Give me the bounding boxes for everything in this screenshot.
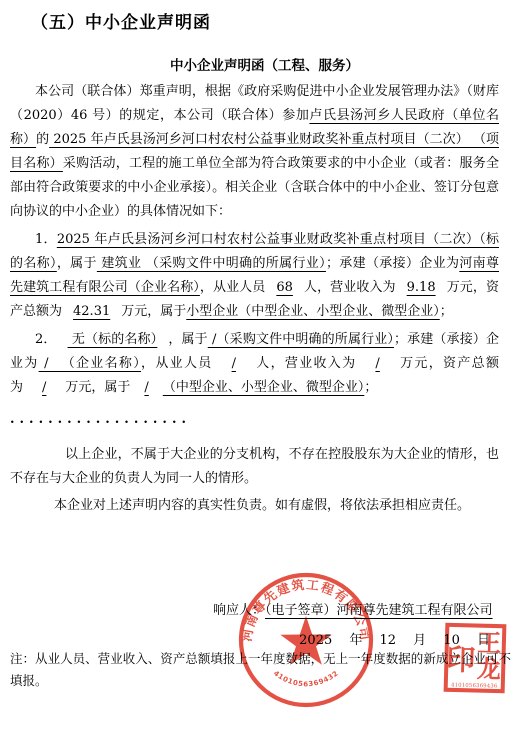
item1-revenue-value: 9.18 [396,280,447,295]
personal-seal-stamp: 王 龙 印 4101056369436 [443,622,507,694]
doc-title: 中小企业声明函（工程、服务） [0,54,529,74]
item2-type-value: / [130,380,162,395]
item2-text-4: 人，营业收入为 [255,356,356,371]
item2-assets-value: / [23,380,65,395]
item2-staff-value: / [213,356,255,371]
item1-enterprise-type: 小型企业（中型企业、小型企业、微型企业） [186,304,440,319]
intro-text-post: 采购活动，工程的施工单位全部为符合政策要求的中小企业（或者：服务全部由符合政策要… [10,156,499,219]
item-2: 2． 无（标的名称），属于 /（采购文件中明确的所属行业）；承建（承接）企业为 … [10,328,499,400]
item2-industry-blank: /（采购文件中明确的所属行业） [208,332,394,347]
item1-text-3: ，从业人员 [200,280,265,295]
company-seal-stamp: 河南尊先建筑工程有限公司 4101056369432 [236,570,376,710]
seal-star-icon [280,616,331,665]
paragraph-no-affiliation: 以上企业，不属于大企业的分支机构，不存在控股股东为大企业的情形，也不存在与大企业… [10,443,499,491]
item1-text-2: ；承建（承接）企业为 [326,256,459,271]
paragraph-responsibility: 本企业对上述声明内容的真实性负责。如有虚假，将依法承担相应责任。 [10,494,499,518]
svg-text:4101056369432: 4101056369432 [272,669,340,688]
item1-staff-value: 68 [265,280,304,295]
declaration-body: 本公司（联合体）郑重声明，根据《政府采购促进中小企业发展管理办法》（财库（202… [10,80,499,518]
item2-text-6: 万元，属于 [65,380,130,395]
item2-revenue-value: / [356,356,398,371]
item1-text-6: 万元，属于 [121,304,186,319]
personal-seal-char-top: 王 [477,629,502,658]
item1-text-1: ，属于 [57,256,97,271]
ellipsis-line: ................... [10,408,499,432]
item1-industry-blank: 建筑业 （采购文件中明确的所属行业） [97,256,326,271]
document-page: （五）中小企业声明函 中小企业声明函（工程、服务） 本公司（联合体）郑重声明，根… [0,0,529,735]
item1-assets-value: 42.31 [62,304,121,319]
section-title: （五）中小企业声明函 [31,8,211,33]
item2-number: 2． [35,332,57,347]
intro-text-mid: 的 [36,132,49,147]
item2-enterprise-type: （中型企业、小型企业、微型企业） [163,380,365,395]
personal-seal-char-bottom: 龙 [476,655,501,684]
item1-text-4: 人，营业收入为 [304,280,396,295]
personal-seal-number: 4101056369436 [451,682,498,689]
item-1: 1．2025 年卢氏县汤河乡河口村农村公益事业财政奖补重点村项目（二次）（标的名… [10,228,499,324]
item2-text-1: ，属于 [168,332,207,347]
item2-company-blank: / （企业名称） [39,356,141,371]
seal-company-number: 4101056369432 [272,669,340,688]
item1-number: 1． [35,232,57,247]
item2-text-7: ； [364,380,377,395]
personal-seal-char-left: 印 [446,642,476,677]
item1-text-7: ； [440,304,453,319]
paragraph-intro: 本公司（联合体）郑重声明，根据《政府采购促进中小企业发展管理办法》（财库（202… [10,80,499,224]
item2-text-3: ，从业人员 [141,356,213,371]
item2-subject-blank: 无（标的名称） [57,332,169,347]
